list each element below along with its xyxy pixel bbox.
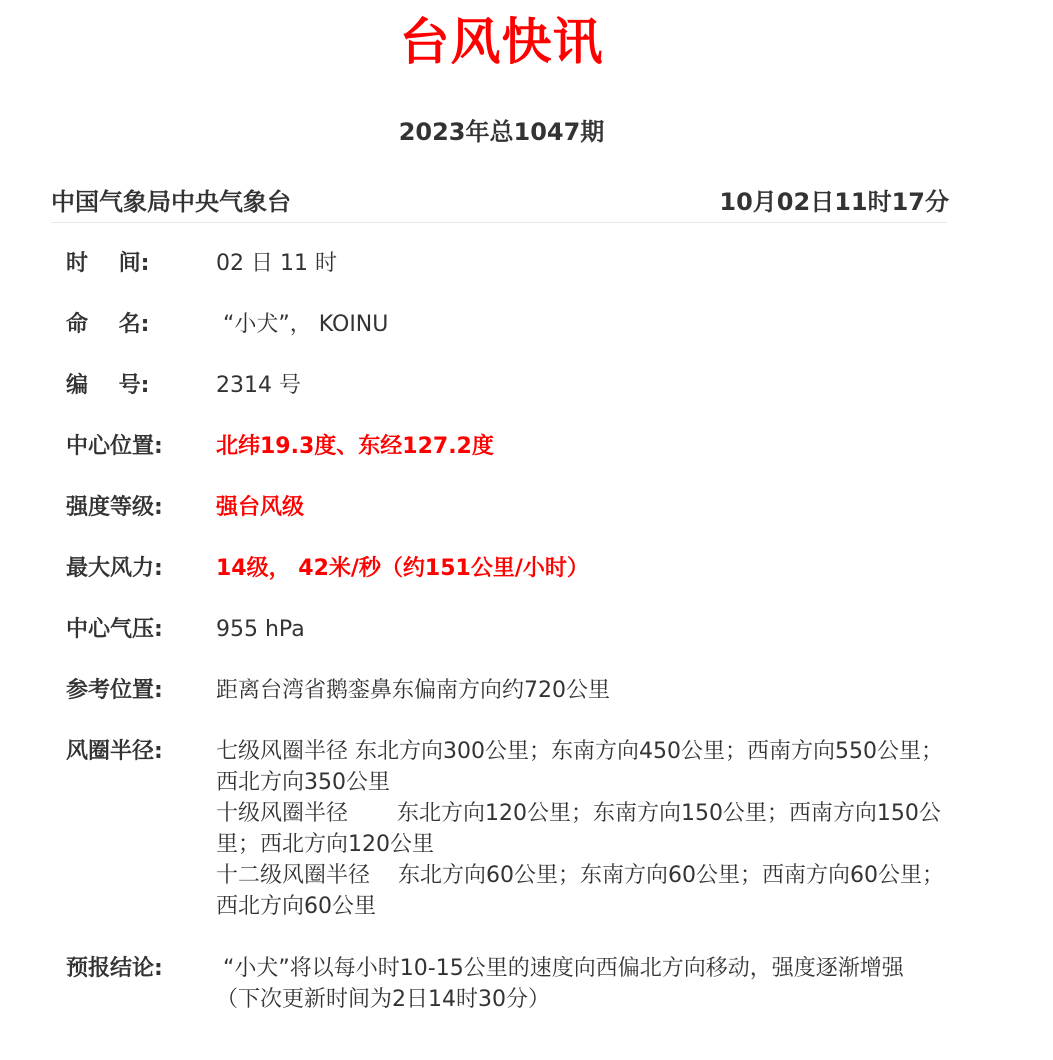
value-center-position: 北纬19.3度、东经127.2度	[216, 431, 946, 462]
next-update-note: （下次更新时间为2日14时30分）	[216, 984, 946, 1015]
row-center-position: 中心位置: 北纬19.3度、东经127.2度	[66, 431, 946, 462]
label-center-position: 中心位置:	[66, 431, 216, 462]
issue-number: 2023年总1047期	[0, 116, 1003, 148]
row-max-wind: 最大风力: 14级， 42米/秒（约151公里/小时）	[66, 553, 946, 584]
value-center-pressure: 955 hPa	[216, 614, 946, 645]
row-intensity-level: 强度等级: 强台风级	[66, 492, 946, 523]
page-title: 台风快讯	[0, 10, 1003, 74]
value-reference-position: 距离台湾省鹅銮鼻东偏南方向约720公里	[216, 675, 946, 706]
value-max-wind: 14级， 42米/秒（约151公里/小时）	[216, 553, 946, 584]
row-reference-position: 参考位置: 距离台湾省鹅銮鼻东偏南方向约720公里	[66, 675, 946, 706]
label-name: 命 名:	[66, 309, 216, 340]
agency-name: 中国气象局中央气象台	[51, 182, 291, 217]
label-reference-position: 参考位置:	[66, 675, 216, 706]
row-time: 时 间: 02 日 11 时	[66, 248, 946, 279]
forecast-text: “小犬”将以每小时10-15公里的速度向西偏北方向移动，强度逐渐增强	[216, 953, 946, 984]
row-forecast: 预报结论: “小犬”将以每小时10-15公里的速度向西偏北方向移动，强度逐渐增强…	[66, 953, 946, 1015]
bulletin-timestamp: 10月02日11时17分	[719, 182, 949, 217]
label-number: 编 号:	[66, 370, 216, 401]
row-center-pressure: 中心气压: 955 hPa	[66, 614, 946, 645]
label-center-pressure: 中心气压:	[66, 614, 216, 645]
bulletin-header: 中国气象局中央气象台 10月02日11时17分	[51, 182, 949, 216]
header-divider	[51, 222, 947, 223]
value-name: “小犬”， KOINU	[216, 309, 946, 340]
wind-radius-level-12: 十二级风圈半径 东北方向60公里；东南方向60公里；西南方向60公里；西北方向6…	[216, 860, 946, 922]
label-time: 时 间:	[66, 248, 216, 279]
label-max-wind: 最大风力:	[66, 553, 216, 584]
row-name: 命 名: “小犬”， KOINU	[66, 309, 946, 340]
label-intensity-level: 强度等级:	[66, 492, 216, 523]
row-number: 编 号: 2314 号	[66, 370, 946, 401]
typhoon-info-list: 时 间: 02 日 11 时 命 名: “小犬”， KOINU 编 号: 231…	[66, 248, 946, 1015]
row-wind-radius: 风圈半径: 七级风圈半径 东北方向300公里；东南方向450公里；西南方向550…	[66, 736, 946, 922]
wind-radius-level-7: 七级风圈半径 东北方向300公里；东南方向450公里；西南方向550公里；西北方…	[216, 736, 946, 798]
label-wind-radius: 风圈半径:	[66, 736, 216, 767]
label-forecast: 预报结论:	[66, 953, 216, 984]
wind-radius-level-10: 十级风圈半径 东北方向120公里；东南方向150公里；西南方向150公里；西北方…	[216, 798, 946, 860]
value-wind-radius: 七级风圈半径 东北方向300公里；东南方向450公里；西南方向550公里；西北方…	[216, 736, 946, 922]
value-forecast: “小犬”将以每小时10-15公里的速度向西偏北方向移动，强度逐渐增强 （下次更新…	[216, 953, 946, 1015]
value-number: 2314 号	[216, 370, 946, 401]
value-time: 02 日 11 时	[216, 248, 946, 279]
value-intensity-level: 强台风级	[216, 492, 946, 523]
